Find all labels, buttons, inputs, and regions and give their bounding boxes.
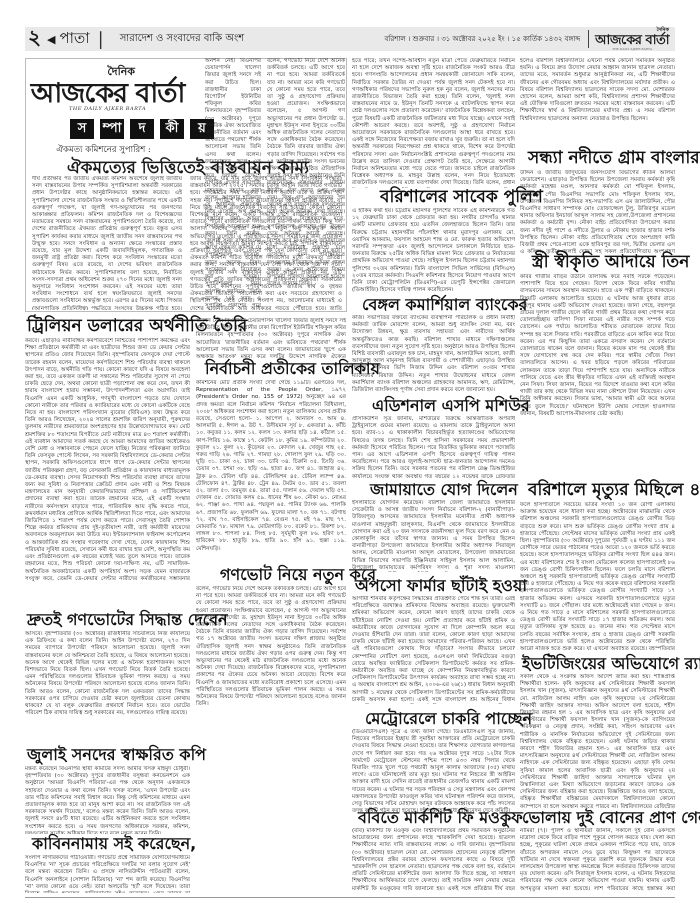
editorial-label-boxes: স ম্পা দ কী য় bbox=[70, 119, 214, 139]
article-sandhya: উদ্দিন ও জাতীয় জাদুঘরের জনসংযোগ বিভাগের… bbox=[520, 170, 675, 254]
article-col3b: বলেন, গণভোট নিয়ে দেশে অনেক তর্কবিতর্ক চ… bbox=[267, 58, 345, 310]
article-stri-swikriti: কবির গাজীর বাড়ির উঠানে তালাবদ্ধ করে নবা… bbox=[520, 274, 675, 474]
article-text: সকাল থেকে এ সংক্রান্ত অফিস আদেশ জারি করা… bbox=[520, 674, 675, 808]
article-text: হলেও বরিশাল বিশ্ববিদ্যালয়ে এখনো পর্যন্ত… bbox=[520, 58, 675, 123]
article-text: বলেন, গণভোট নিয়ে দেশে অনেক তর্কবিতর্ক চ… bbox=[267, 58, 345, 289]
editorial-letter: স bbox=[70, 119, 94, 139]
article-opsonin: আগামী শনিবার কর্তৃপক্ষের সিদ্ধান্তের প্র… bbox=[352, 596, 515, 704]
article-text: অনশন নেই। বিএনপির চেয়ারপার্সন খালেদা জি… bbox=[205, 58, 261, 310]
article-col-continue: অনশন নেই। বিএনপির চেয়ারপার্সন খালেদা জি… bbox=[196, 318, 346, 358]
page-number: ২ bbox=[28, 23, 41, 56]
article-metrorail: (ডিএমটিসিএল) সূত্রে এ তথ্য জানা গেছে। ডি… bbox=[352, 729, 515, 813]
headline-eve-teasing[interactable]: ইভটিজিংয়ের অভিযোগে র‌্যাগিং bbox=[522, 656, 700, 672]
editorial-letter: ম্পা bbox=[100, 119, 124, 139]
article-text: অনশন নেই। বিএনপির চেয়ারপার্সন খালেদা জি… bbox=[196, 318, 346, 358]
article-jamaat: ইসলামীতে যোগদান করেছেন। বরিশাল জেলা জামা… bbox=[352, 500, 515, 572]
headline-gonovote-new[interactable]: গণভোট নিয়ে নতুন করে bbox=[220, 567, 376, 583]
article-col4-top: হতে পারে; তখন সন্দেহ-অবিশ্বাস নতুন মাত্র… bbox=[352, 58, 515, 188]
bottom-rule bbox=[25, 897, 675, 898]
page-arrow-icon: ◀ bbox=[47, 33, 55, 46]
headline-stri-swikriti[interactable]: স্ত্রী স্বীকৃতি আদায়ে তিন bbox=[532, 254, 689, 271]
header-divider bbox=[588, 30, 589, 48]
article-gonovote-new: বলেন, গণভোট নিয়ে দেশে অনেক তর্কবিতর্ক চ… bbox=[196, 586, 346, 892]
headline-metrorail[interactable]: মেট্রোরেলে চাকরি পাচ্ছেন bbox=[365, 711, 532, 727]
headline-jamaat[interactable]: জামায়াতে যোগ দিলেন bbox=[370, 482, 518, 498]
article-druto: আসবে। বৃহস্পতিবার (৩০ অক্টোবর) রাজধানীর … bbox=[25, 631, 190, 741]
headline-sandhya[interactable]: সন্ধ্যা নদীতে গ্রাম বাংলার bbox=[528, 150, 700, 167]
headline-nirbachoni[interactable]: নির্বাচনী প্রতীকের তালিকায় bbox=[205, 361, 380, 377]
article-text: উদ্দিন ও জাতীয় জাদুঘরের জনসংযোগ বিভাগের… bbox=[520, 170, 675, 254]
article-additional-sp: প্রসিকিউশন সূত্র জানায়, মশিউরের বিরুদ্ধ… bbox=[352, 416, 515, 478]
article-text: আগামী শনিবার কর্তৃপক্ষের সিদ্ধান্তের প্র… bbox=[352, 596, 515, 704]
article-text: সংলাপ নাগরিকদের পাঠাওয়ারী। গণভোট প্রশ্ন… bbox=[25, 855, 190, 893]
article-col5-top: হলেও বরিশাল বিশ্ববিদ্যালয়ে এখনো পর্যন্ত… bbox=[520, 58, 675, 146]
article-text: নামিরা (৭)। পুলিশ ও স্থানীয়রা জানান, সক… bbox=[520, 828, 675, 892]
article-bengal-commercial: কাজ। সভাপতির বক্তব্যে ব্যাংকের ব্যবস্থাপ… bbox=[352, 315, 515, 395]
article-nirbachoni: কমিশনের মোট প্রতীক সংখ্যা দেখা গেছে ১১৯ট… bbox=[196, 380, 346, 560]
editorial-masthead: দৈনিক আজকের বার্তা THE DAILY AJKER BARTA bbox=[30, 63, 185, 112]
editorial-column-1: দীর্ঘ প্রতীক্ষার পর জাতীয় ঐকমত্য কমিশন … bbox=[32, 176, 182, 310]
header-separator: | bbox=[98, 29, 104, 50]
date-line: বরিশাল । শুক্রবার । ৩১ অক্টোবর ২০২৫ ইং ।… bbox=[385, 33, 581, 45]
headline-druto[interactable]: দ্রুতই গণভোটের সিদ্ধান্ত দেবেন bbox=[27, 612, 228, 628]
logo-main: আজকের বার্তা bbox=[595, 35, 669, 47]
article-text: এ হাকিম কথা হয়। চট্টগ্রাম মহানগর পুলিশে… bbox=[352, 208, 515, 294]
article-col3: অনশন নেই। বিএনপির চেয়ারপার্সন খালেদা জি… bbox=[205, 58, 261, 310]
article-kabinnama: সংলাপ নাগরিকদের পাঠাওয়ারী। গণভোট প্রশ্ন… bbox=[25, 855, 190, 893]
article-text: মন্তব্য করেছেন বিএনপির স্থায়ী কমিটির সদ… bbox=[25, 766, 190, 834]
headline-bengal-commercial[interactable]: বেঙ্গল কমার্শিয়াল ব্যাংকের bbox=[362, 297, 527, 313]
article-text: কমিশনের মোট প্রতীক সংখ্যা দেখা গেছে ১১৯ট… bbox=[196, 380, 346, 553]
article-barishal-death: ফলে হাসপাতালে সবচেয়ে ভর্তির সংখ্যা ১০ জ… bbox=[520, 502, 675, 650]
article-barishal-police: এ হাকিম কথা হয়। চট্টগ্রাম মহানগর পুলিশে… bbox=[352, 208, 515, 294]
article-bobi: (ববি) মার্কশিট ফি মওকুফ এবং বিশ্ববিদ্যাল… bbox=[352, 828, 515, 892]
article-text: কাজ। সভাপতির বক্তব্যে ব্যাংকের ব্যবস্থাপ… bbox=[352, 315, 515, 394]
article-text: ফলে হাসপাতালে সবচেয়ে ভর্তির সংখ্যা ১০ জ… bbox=[520, 502, 675, 650]
editorial-text: দীর্ঘ প্রতীক্ষার পর জাতীয় ঐকমত্য কমিশন … bbox=[32, 176, 182, 310]
headline-additional-sp[interactable]: এডিশনাল এসপি মশিউর bbox=[372, 398, 530, 414]
article-text: ইসলামীতে যোগদান করেছেন। বরিশাল জেলা জামা… bbox=[352, 500, 515, 572]
headline-barishal-police[interactable]: বরিশালের সাবেক পুলিশ bbox=[380, 189, 543, 206]
headline-july-charter[interactable]: জুলাই সনদের স্বাক্ষরিত কপি bbox=[27, 747, 206, 763]
article-text: বলেন, গণভোট নিয়ে দেশে অনেক তর্কবিতর্ক চ… bbox=[196, 586, 346, 708]
headline-barishal-death[interactable]: বরিশালে মৃত্যুর মিছিলে ৪১ bbox=[528, 482, 700, 499]
article-text: করবে। এছাড়াও নারীবান্ধব কর্মপরিবেশে নিশ… bbox=[25, 338, 190, 582]
article-text: হতে পারে; তখন সন্দেহ-অবিশ্বাস নতুন মাত্র… bbox=[352, 58, 515, 188]
article-text: (ববি) মার্কশিট ফি মওকুফ এবং বিশ্ববিদ্যাল… bbox=[352, 828, 515, 892]
article-eve-teasing: সকাল থেকে এ সংক্রান্ত অফিস আদেশ জারি করা… bbox=[520, 674, 675, 808]
newspaper-logo: দৈনিক আজকের বার্তা THE DAILY AJKER BARTA bbox=[595, 27, 669, 51]
editorial-letter: দ bbox=[130, 119, 154, 139]
editorial-letter: কী bbox=[160, 119, 184, 139]
article-text: প্রসিকিউশন সূত্র জানায়, মশিউরের বিরুদ্ধ… bbox=[352, 416, 515, 478]
article-text: আসবে। বৃহস্পতিবার (৩০ অক্টোবর) রাজধানীর … bbox=[25, 631, 190, 717]
masthead-main: আজকের বার্তা bbox=[30, 82, 185, 106]
article-text: (ডিএমটিসিএল) সূত্রে এ তথ্য জানা গেছে। ডি… bbox=[352, 729, 515, 813]
article-bhola: নামিরা (৭)। পুলিশ ও স্থানীয়রা জানান, সক… bbox=[520, 828, 675, 892]
article-text: কবির গাজীর বাড়ির উঠানে তালাবদ্ধ করে নবা… bbox=[520, 274, 675, 418]
article-trillion-a: করবে। এছাড়াও নারীবান্ধব কর্মপরিবেশে নিশ… bbox=[25, 338, 190, 582]
headline-opsonin[interactable]: অপসো ফার্মার ছাঁটাই হওয়া bbox=[355, 578, 527, 594]
page-header: ২ ◀ পাতা | সারাদেশ ও সংবাদের বাকি অংশ বর… bbox=[25, 27, 675, 51]
section-title: সারাদেশ ও সংবাদের বাকি অংশ bbox=[120, 31, 245, 48]
headline-bobi[interactable]: ববিতে মার্কশিট ফি মওকুফ bbox=[358, 810, 523, 826]
headline-kabinnama[interactable]: কাবিননামায় সই করেছেন, bbox=[32, 836, 196, 852]
page-label: পাতা bbox=[59, 27, 89, 52]
article-july-charter: মন্তব্য করেছেন বিএনপির স্থায়ী কমিটির সদ… bbox=[25, 766, 190, 834]
logo-english: THE DAILY AJKER BARTA bbox=[612, 47, 652, 51]
headline-bhola[interactable]: ভোলায় দুই বোনের প্রাণ গেল bbox=[522, 810, 700, 826]
